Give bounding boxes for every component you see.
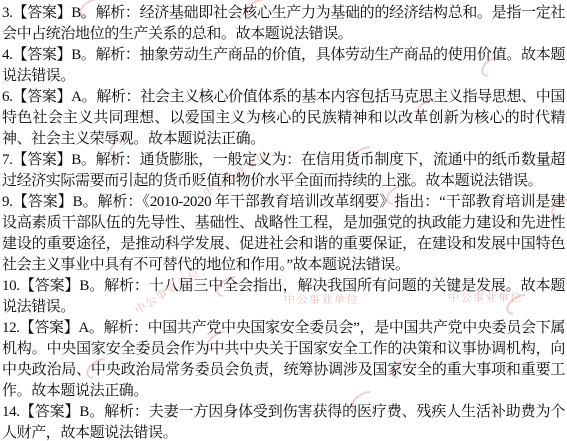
answer-letter: B。 — [71, 5, 95, 21]
document-page: 中公事业单位中公事业单位中公事业单位中公事业单位 3.【答案】B。解析：经济基础… — [0, 0, 567, 441]
answer-letter: A。 — [78, 320, 103, 336]
question-number: 4. — [2, 47, 12, 63]
answer-tag: 【答案】 — [20, 404, 80, 420]
answer-item: 3.【答案】B。解析：经济基础即社会核心生产力为基础的的经济结构总和。是指一定社… — [2, 3, 565, 45]
answer-tag: 【答案】 — [12, 5, 71, 21]
answer-letter: B。 — [71, 152, 95, 168]
answer-letter: B。 — [71, 47, 95, 63]
answer-letter: A。 — [71, 89, 96, 105]
answer-item: 7.【答案】B。解析：通货膨胀，一般定义为：在信用货币制度下，流通中的纸币数量超… — [2, 150, 565, 192]
answer-letter: B。 — [79, 278, 104, 294]
answer-item: 14.【答案】B。解析：夫妻一方因身体受到伤害获得的医疗费、残疾人生活补助费为个… — [2, 402, 565, 441]
analysis-prefix: 解析： — [96, 89, 140, 105]
analysis-prefix: 解析： — [96, 152, 140, 168]
analysis-prefix: 解析： — [96, 47, 140, 63]
answer-letter: B。 — [73, 194, 98, 210]
analysis-prefix: 解析： — [104, 320, 148, 336]
answer-item: 4.【答案】B。解析：抽象劳动生产商品的价值，具体劳动生产商品的使用价值。故本题… — [2, 45, 565, 87]
answer-tag: 【答案】 — [12, 89, 71, 105]
answer-tag: 【答案】 — [20, 320, 79, 336]
answer-item: 12.【答案】A。解析：中国共产党中央国家安全委员会”，是中国共产党中央委员会下… — [2, 318, 565, 402]
answer-item: 9.【答案】B。解析：《2010-2020 年干部教育培训改革纲要》指出：“干部… — [2, 192, 565, 276]
question-number: 14. — [2, 404, 20, 420]
analysis-prefix: 解析： — [104, 404, 149, 420]
analysis-prefix: 解析： — [98, 194, 143, 210]
answer-tag: 【答案】 — [20, 278, 80, 294]
answer-tag: 【答案】 — [12, 152, 71, 168]
question-number: 12. — [2, 320, 20, 336]
analysis-prefix: 解析： — [96, 5, 140, 21]
answer-item: 10.【答案】B。解析：十八届三中全会指出，解决我国所有问题的关键是发展。故本题… — [2, 276, 565, 318]
answer-tag: 【答案】 — [12, 194, 72, 210]
answer-letter: B。 — [79, 404, 104, 420]
question-number: 3. — [2, 5, 12, 21]
question-number: 10. — [2, 278, 20, 294]
answer-explanation-list: 3.【答案】B。解析：经济基础即社会核心生产力为基础的的经济结构总和。是指一定社… — [0, 0, 567, 441]
question-number: 6. — [2, 89, 12, 105]
analysis-prefix: 解析： — [104, 278, 149, 294]
question-number: 9. — [2, 194, 12, 210]
question-number: 7. — [2, 152, 12, 168]
answer-tag: 【答案】 — [12, 47, 71, 63]
answer-item: 6.【答案】A。解析：社会主义核心价值体系的基本内容包括马克思主义指导思想、中国… — [2, 87, 565, 150]
